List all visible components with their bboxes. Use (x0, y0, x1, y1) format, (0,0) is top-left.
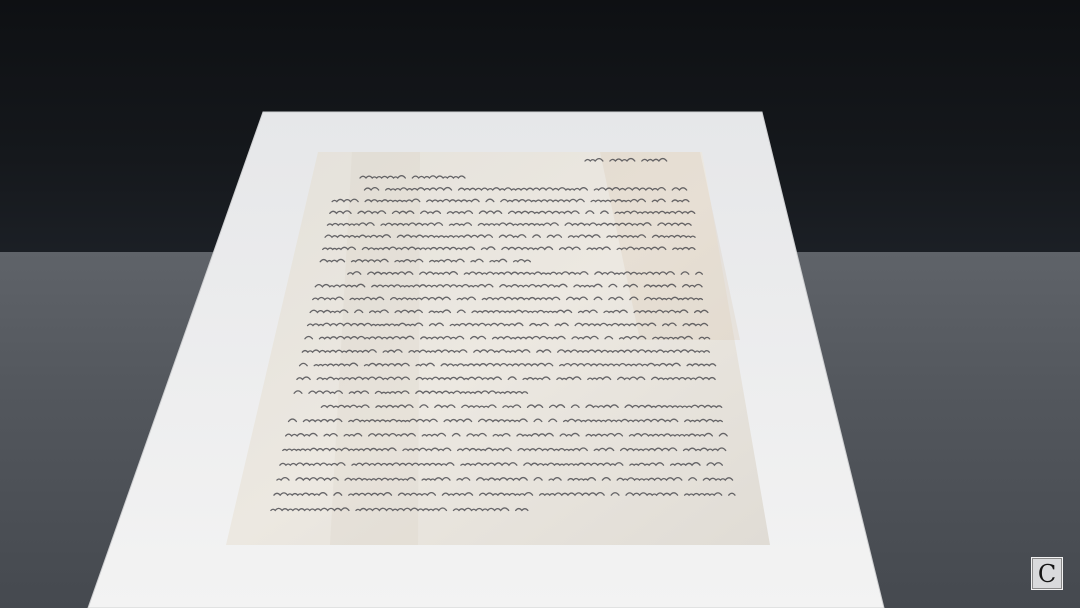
handwritten-letter (0, 0, 1080, 608)
channel-logo-c-icon: C (1031, 557, 1063, 590)
